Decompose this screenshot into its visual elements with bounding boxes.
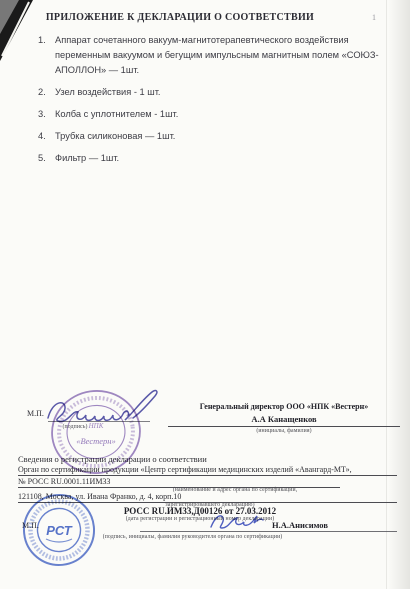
item-text: Аппарат сочетанного вакуум-магнитотерапе… xyxy=(55,33,386,78)
appendix-item-list: 1. Аппарат сочетанного вакуум-магнитотер… xyxy=(38,33,386,173)
list-item: 2. Узел воздействия - 1 шт. xyxy=(38,85,386,100)
list-item: 5. Фильтр — 1шт. xyxy=(38,151,386,166)
page-number: 1 xyxy=(372,13,376,22)
rst-seal-stamp: РСТ xyxy=(20,491,98,569)
director-name: А.А Канащенков xyxy=(168,414,400,427)
declaration-registration-number: РОСС RU.ИМ33,Д00126 от 27.03.2012 xyxy=(60,506,340,516)
seal-text: «Вестерн» xyxy=(76,436,116,446)
director-title: Генеральный директор ООО «НПК «Вестерн» xyxy=(168,402,400,412)
item-text: Фильтр — 1шт. xyxy=(55,151,386,166)
item-number: 5. xyxy=(38,151,55,166)
item-number: 3. xyxy=(38,107,55,122)
document-title: ПРИЛОЖЕНИЕ К ДЕКЛАРАЦИИ О СООТВЕТСТВИИ xyxy=(20,12,340,23)
folded-corner-icon xyxy=(0,0,40,65)
rst-logo-text: РСТ xyxy=(46,523,73,538)
certification-head-name: Н.А.Анисимов xyxy=(272,520,328,530)
director-name-caption: (инициалы, фамилия) xyxy=(168,428,400,434)
scanned-document-page: 1 ПРИЛОЖЕНИЕ К ДЕКЛАРАЦИИ О СООТВЕТСТВИИ… xyxy=(0,0,410,589)
director-ink-signature xyxy=(38,386,163,436)
item-number: 1. xyxy=(38,33,55,78)
list-item: 3. Колба с уплотнителем - 1шт. xyxy=(38,107,386,122)
head-ink-signature xyxy=(205,509,275,535)
item-text: Колба с уплотнителем - 1шт. xyxy=(55,107,386,122)
item-text: Узел воздействия - 1 шт. xyxy=(55,85,386,100)
item-number: 2. xyxy=(38,85,55,100)
director-signature-block: Генеральный директор ООО «НПК «Вестерн» … xyxy=(168,402,400,434)
item-text: Трубка силиконовая — 1шт. xyxy=(55,129,386,144)
list-item: 1. Аппарат сочетанного вакуум-магнитотер… xyxy=(38,33,386,78)
list-item: 4. Трубка силиконовая — 1шт. xyxy=(38,129,386,144)
item-number: 4. xyxy=(38,129,55,144)
